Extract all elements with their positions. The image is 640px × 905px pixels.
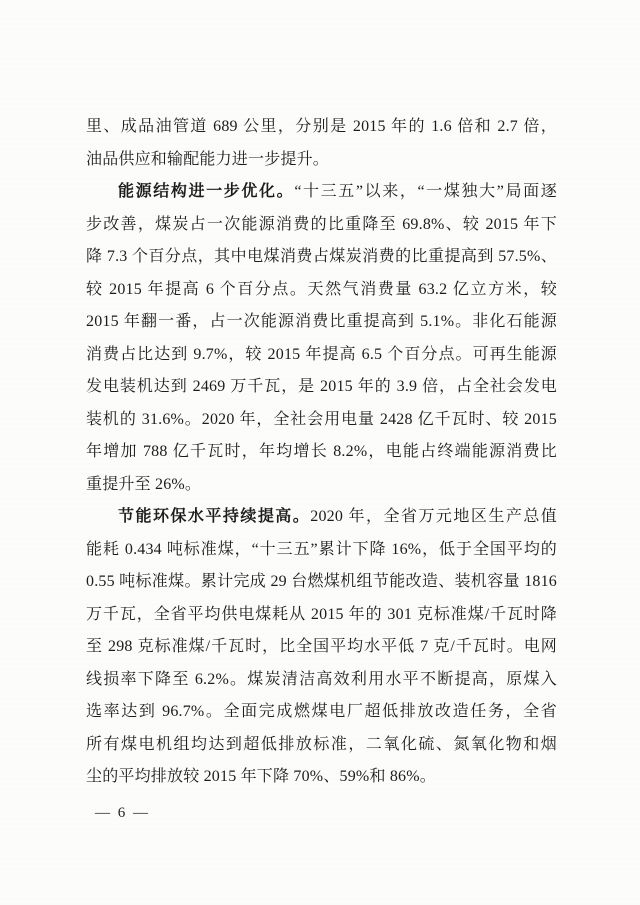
text-line: 发电装机达到 2469 万千瓦，是 2015 年的 3.9 倍，占全社会发电	[86, 371, 557, 404]
text-segment: 万千瓦，全省平均供电煤耗从 2015 年的 301 克标准煤/千瓦时降	[86, 606, 557, 623]
text-segment: 2020 年，全省万元地区生产总值	[310, 508, 557, 525]
text-line: 步改善，煤炭占一次能源消费的比重降至 69.8%、较 2015 年下	[86, 209, 557, 242]
document-page: 里、成品油管道 689 公里，分别是 2015 年的 1.6 倍和 2.7 倍，…	[0, 0, 640, 905]
text-segment: 装机的 31.6%。2020 年，全社会用电量 2428 亿千瓦时、较 2015	[86, 411, 557, 428]
text-segment: 尘的平均排放较 2015 年下降 70%、59%和 86%。	[86, 768, 436, 785]
text-line: 尘的平均排放较 2015 年下降 70%、59%和 86%。	[86, 761, 557, 794]
text-segment: 重提升至 26%。	[86, 476, 201, 493]
text-segment: 里、成品油管道 689 公里，分别是 2015 年的 1.6 倍和 2.7 倍，	[86, 118, 557, 135]
text-line: 0.55 吨标准煤。累计完成 29 台燃煤机组节能改造、装机容量 1816	[86, 566, 557, 599]
paragraph-lead-bold: 节能环保水平持续提高。	[118, 508, 310, 525]
text-segment: 发电装机达到 2469 万千瓦，是 2015 年的 3.9 倍，占全社会发电	[86, 378, 557, 395]
text-segment: 选率达到 96.7%。全面完成燃煤电厂超低排放改造任务，全省	[86, 703, 557, 720]
text-segment: 0.55 吨标准煤。累计完成 29 台燃煤机组节能改造、装机容量 1816	[86, 573, 557, 590]
text-segment: 至 298 克标准煤/千瓦时，比全国平均水平低 7 克/千瓦时。电网	[86, 638, 557, 655]
text-line: 所有煤电机组均达到超低排放标准，二氧化硫、氮氧化物和烟	[86, 729, 557, 762]
text-segment: 油品供应和输配能力进一步提升。	[86, 151, 329, 168]
page-number-footer: — 6 —	[95, 797, 150, 829]
text-line: 里、成品油管道 689 公里，分别是 2015 年的 1.6 倍和 2.7 倍，	[86, 111, 557, 144]
text-segment: 步改善，煤炭占一次能源消费的比重降至 69.8%、较 2015 年下	[86, 216, 557, 233]
text-line: 能源结构进一步优化。“十三五”以来，“一煤独大”局面逐	[86, 176, 557, 209]
text-line: 至 298 克标准煤/千瓦时，比全国平均水平低 7 克/千瓦时。电网	[86, 631, 557, 664]
text-segment: 较 2015 年提高 6 个百分点。天然气消费量 63.2 亿立方米，较	[86, 281, 557, 298]
text-line: 2015 年翻一番，占一次能源消费比重提高到 5.1%。非化石能源	[86, 306, 557, 339]
text-segment: 2015 年翻一番，占一次能源消费比重提高到 5.1%。非化石能源	[86, 313, 557, 330]
text-segment: “十三五”以来，“一煤独大”局面逐	[294, 183, 557, 200]
paragraph-lead-bold: 能源结构进一步优化。	[118, 183, 294, 200]
text-line: 油品供应和输配能力进一步提升。	[86, 144, 557, 177]
text-segment: 所有煤电机组均达到超低排放标准，二氧化硫、氮氧化物和烟	[86, 736, 557, 753]
text-line: 线损率下降至 6.2%。煤炭清洁高效利用水平不断提高，原煤入	[86, 664, 557, 697]
text-segment: 降 7.3 个百分点，其中电煤消费占煤炭消费的比重提高到 57.5%、	[86, 248, 557, 265]
text-line: 节能环保水平持续提高。2020 年，全省万元地区生产总值	[86, 501, 557, 534]
text-line: 万千瓦，全省平均供电煤耗从 2015 年的 301 克标准煤/千瓦时降	[86, 599, 557, 632]
text-block: 里、成品油管道 689 公里，分别是 2015 年的 1.6 倍和 2.7 倍，…	[86, 111, 557, 794]
text-line: 降 7.3 个百分点，其中电煤消费占煤炭消费的比重提高到 57.5%、	[86, 241, 557, 274]
text-line: 能耗 0.434 吨标准煤，“十三五”累计下降 16%，低于全国平均的	[86, 534, 557, 567]
text-segment: 线损率下降至 6.2%。煤炭清洁高效利用水平不断提高，原煤入	[86, 671, 557, 688]
text-segment: 年增加 788 亿千瓦时，年均增长 8.2%，电能占终端能源消费比	[86, 443, 557, 460]
text-line: 较 2015 年提高 6 个百分点。天然气消费量 63.2 亿立方米，较	[86, 274, 557, 307]
text-line: 年增加 788 亿千瓦时，年均增长 8.2%，电能占终端能源消费比	[86, 436, 557, 469]
text-line: 重提升至 26%。	[86, 469, 557, 502]
text-segment: 能耗 0.434 吨标准煤，“十三五”累计下降 16%，低于全国平均的	[86, 541, 557, 558]
text-line: 消费占比达到 9.7%，较 2015 年提高 6.5 个百分点。可再生能源	[86, 339, 557, 372]
text-line: 选率达到 96.7%。全面完成燃煤电厂超低排放改造任务，全省	[86, 696, 557, 729]
text-line: 装机的 31.6%。2020 年，全社会用电量 2428 亿千瓦时、较 2015	[86, 404, 557, 437]
text-segment: 消费占比达到 9.7%，较 2015 年提高 6.5 个百分点。可再生能源	[86, 346, 557, 363]
